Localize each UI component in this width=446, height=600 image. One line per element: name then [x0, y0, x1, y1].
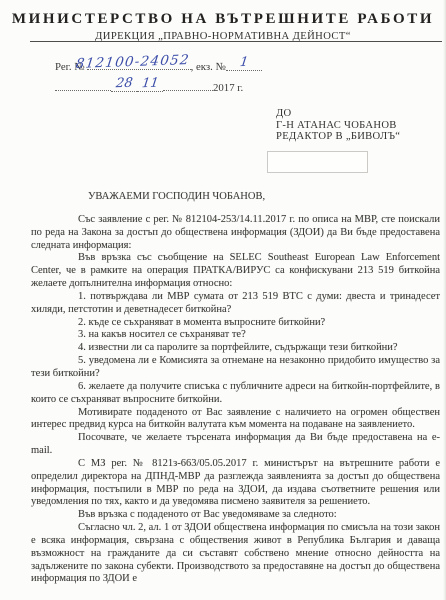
body-paragraph-5: С МЗ рег. № 8121з-663/05.05.2017 г. мини… — [31, 458, 440, 509]
numbered-item-6: 6. желаете да получите списъка с публичн… — [31, 381, 440, 407]
body-paragraph-3: Мотивирате подаденото от Вас заявление с… — [31, 407, 440, 433]
numbered-item-1: 1. потвърждава ли МВР сумата от 213 519 … — [31, 291, 440, 317]
ministry-title: МИНИСТЕРСТВО НА ВЪТРЕШНИТЕ РАБОТИ — [0, 11, 446, 28]
body-paragraph-6: Във връзка с подаденото от Вас уведомява… — [31, 509, 440, 522]
copy-number-label: , екз. № — [191, 61, 226, 73]
date-day-handwritten: 28 — [115, 76, 133, 92]
registration-block: Рег. № 812100-24052 , екз. № 1 28 11 201… — [55, 58, 262, 97]
recipient-block: ДО Г-Н АТАНАС ЧОБАНОВ РЕДАКТОР В „БИВОЛЪ… — [276, 108, 400, 143]
date-month-handwritten: 11 — [141, 76, 159, 92]
recipient-to-label: ДО — [276, 108, 400, 120]
numbered-item-2: 2. къде се съхраняват в момента въпросни… — [31, 317, 440, 330]
year-label: 2017 г. — [213, 82, 243, 94]
date-dotline-right — [163, 79, 213, 91]
scanned-letter-page: МИНИСТЕРСТВО НА ВЪТРЕШНИТЕ РАБОТИ ДИРЕКЦ… — [0, 0, 446, 600]
numbered-item-4: 4. известни ли са паролите за портфейлит… — [31, 342, 440, 355]
recipient-title: РЕДАКТОР В „БИВОЛЪ“ — [276, 131, 400, 143]
body-paragraph-7: Съгласно чл. 2, ал. 1 от ЗДОИ обществена… — [31, 522, 440, 586]
body-paragraph-1: Със заявление с рег. № 812104-253/14.11.… — [31, 214, 440, 253]
body-paragraph-4: Посочвате, че желаете търсената информац… — [31, 432, 440, 458]
copy-number-dotline: 1 — [226, 59, 262, 71]
date-day-dotline: 28 — [111, 80, 137, 92]
registration-line-1: Рег. № 812100-24052 , екз. № 1 — [55, 58, 262, 76]
recipient-name: Г-Н АТАНАС ЧОБАНОВ — [276, 120, 400, 132]
date-month-dotline: 11 — [137, 80, 163, 92]
redacted-address-box — [267, 151, 368, 173]
copy-number-handwritten: 1 — [239, 55, 249, 70]
letterhead-divider — [30, 41, 442, 42]
numbered-item-5: 5. уведомена ли е Комисията за отнемане … — [31, 355, 440, 381]
letter-body: УВАЖАЕМИ ГОСПОДИН ЧОБАНОВ, Със заявление… — [31, 191, 440, 586]
reg-number-handwritten: 812100-24052 — [75, 52, 191, 72]
letterhead: МИНИСТЕРСТВО НА ВЪТРЕШНИТЕ РАБОТИ ДИРЕКЦ… — [0, 11, 446, 42]
registration-line-2: 28 11 2017 г. — [55, 79, 262, 97]
date-dotline-left — [55, 79, 111, 91]
numbered-item-3: 3. на какъв носител се съхраняват те? — [31, 329, 440, 342]
reg-number-dotline: 812100-24052 — [87, 58, 191, 70]
body-paragraph-2: Във връзка със съобщение на SELEC Southe… — [31, 252, 440, 291]
salutation: УВАЖАЕМИ ГОСПОДИН ЧОБАНОВ, — [88, 191, 440, 204]
